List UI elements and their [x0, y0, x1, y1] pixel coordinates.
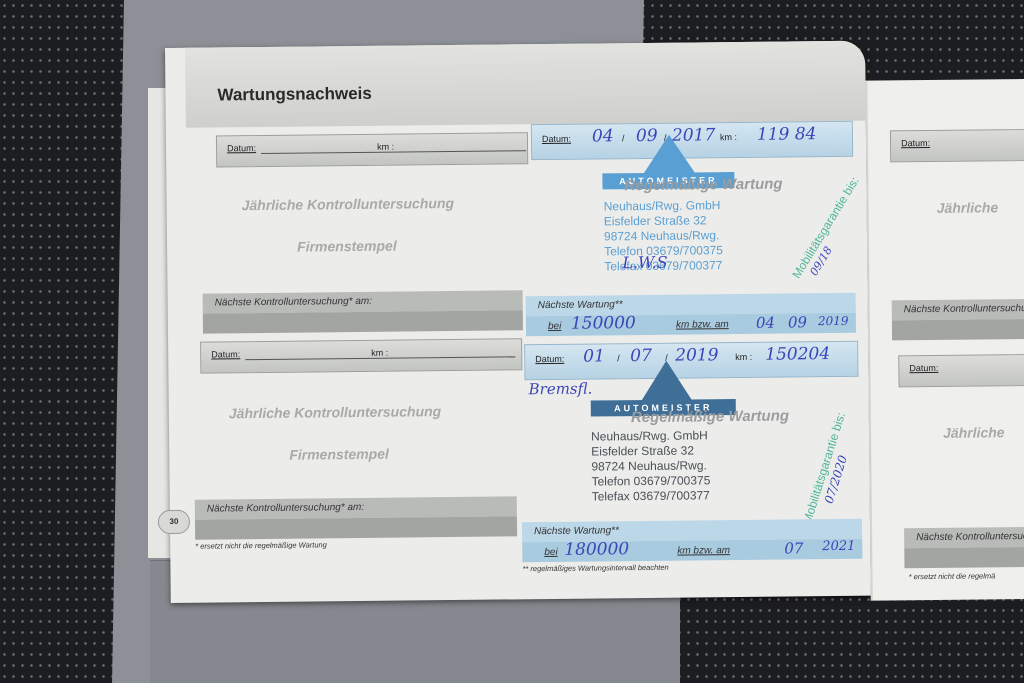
- date-separator: /: [622, 133, 625, 143]
- next-check-label: Nächste Kontrolluntersuchung: [904, 303, 1024, 315]
- page-number: 30: [158, 510, 190, 534]
- right-next-check-1[interactable]: Nächste Kontrolluntersuchung: [892, 297, 1024, 340]
- next-service-1-month: 09: [788, 313, 807, 331]
- underline: [245, 356, 515, 360]
- automeister-logo-icon: [641, 134, 697, 177]
- regular-service-heading: Regelmäßige Wartung: [631, 407, 789, 426]
- left-page: Wartungsnachweis 30 Datum: km : Jährlich…: [165, 41, 871, 603]
- datum-label: Datum:: [542, 134, 571, 144]
- next-check-1[interactable]: Nächste Kontrolluntersuchung* am:: [203, 290, 523, 333]
- footnote-partial: * ersetzt nicht die regelmä: [909, 571, 996, 581]
- next-service-2-year: 2021: [822, 539, 855, 554]
- next-service-2-km: 180000: [564, 539, 629, 560]
- annual-check-heading-partial: Jährliche: [943, 424, 1005, 441]
- next-service-1-year: 2019: [818, 314, 849, 328]
- next-service-label: Nächste Wartung**: [538, 299, 623, 311]
- km-label: km :: [735, 352, 752, 362]
- company-stamp-heading: Firmenstempel: [289, 446, 389, 463]
- annual-check-heading: Jährliche Kontrolluntersuchung: [242, 195, 455, 213]
- annual-check-heading: Jährliche Kontrolluntersuchung: [229, 403, 442, 421]
- next-service-1-day: 04: [756, 314, 775, 332]
- service-2-km: 150204: [765, 344, 830, 365]
- right-page: Datum: Jährliche Nächste Kontrolluntersu…: [865, 77, 1024, 600]
- km-bzw-am-label: km bzw. am: [677, 545, 730, 557]
- km-label: km :: [720, 132, 737, 142]
- next-service-1-km: 150000: [571, 313, 636, 334]
- bei-label: bei: [548, 321, 561, 332]
- footnote-left: * ersetzt nicht die regelmäßige Wartung: [195, 540, 327, 550]
- bei-label: bei: [544, 547, 557, 558]
- next-check-label: Nächste Kontrolluntersuchung* am:: [207, 502, 364, 515]
- right-next-check-2[interactable]: Nächste Kontrolluntersuchung: [904, 525, 1024, 568]
- annual-check-2-date-field[interactable]: Datum: km :: [200, 338, 522, 373]
- signature: L.W.S: [622, 253, 668, 272]
- next-service-label: Nächste Wartung**: [534, 525, 619, 537]
- service-booklet: Wartungsnachweis 30 Datum: km : Jährlich…: [165, 38, 1024, 608]
- underline: [261, 150, 526, 154]
- next-check-label: Nächste Kontrolluntersuchung: [916, 531, 1024, 543]
- datum-label: Datum:: [535, 354, 564, 364]
- km-bzw-am-label: km bzw. am: [676, 319, 729, 331]
- datum-label: Datum:: [211, 349, 240, 359]
- km-label: km :: [371, 348, 388, 358]
- automeister-logo-icon: [638, 360, 694, 405]
- service-1-km: 119 84: [757, 124, 817, 145]
- next-service-2[interactable]: Nächste Wartung** bei 180000 km bzw. am …: [522, 519, 862, 563]
- dealer-stamp-2: Neuhaus/Rwg. GmbHEisfelder Straße 329872…: [591, 428, 711, 504]
- datum-label: Datum:: [227, 143, 256, 153]
- next-check-2[interactable]: Nächste Kontrolluntersuchung* am:: [195, 496, 517, 539]
- service-2-note: Bremsfl.: [528, 380, 592, 399]
- date-separator: /: [617, 353, 620, 363]
- right-date-field-1[interactable]: Datum:: [890, 127, 1024, 162]
- km-label: km :: [377, 142, 394, 152]
- annual-check-1-date-field[interactable]: Datum: km :: [216, 132, 528, 167]
- company-stamp-heading: Firmenstempel: [297, 238, 397, 255]
- annual-check-heading-partial: Jährliche: [937, 199, 999, 216]
- datum-label: Datum:: [901, 138, 930, 148]
- next-service-2-month: 07: [784, 539, 803, 557]
- service-1-day: 04: [592, 126, 614, 146]
- regular-service-heading: Regelmäßige Wartung: [624, 176, 782, 195]
- next-service-1[interactable]: Nächste Wartung** bei 150000 km bzw. am …: [526, 293, 856, 336]
- service-2-day: 01: [583, 346, 605, 366]
- footnote-right: ** regelmäßiges Wartungsintervall beacht…: [522, 563, 668, 574]
- next-check-label: Nächste Kontrolluntersuchung* am:: [215, 296, 372, 309]
- page-title: Wartungsnachweis: [217, 84, 371, 106]
- right-date-field-2[interactable]: Datum:: [898, 352, 1024, 387]
- datum-label: Datum:: [909, 363, 938, 373]
